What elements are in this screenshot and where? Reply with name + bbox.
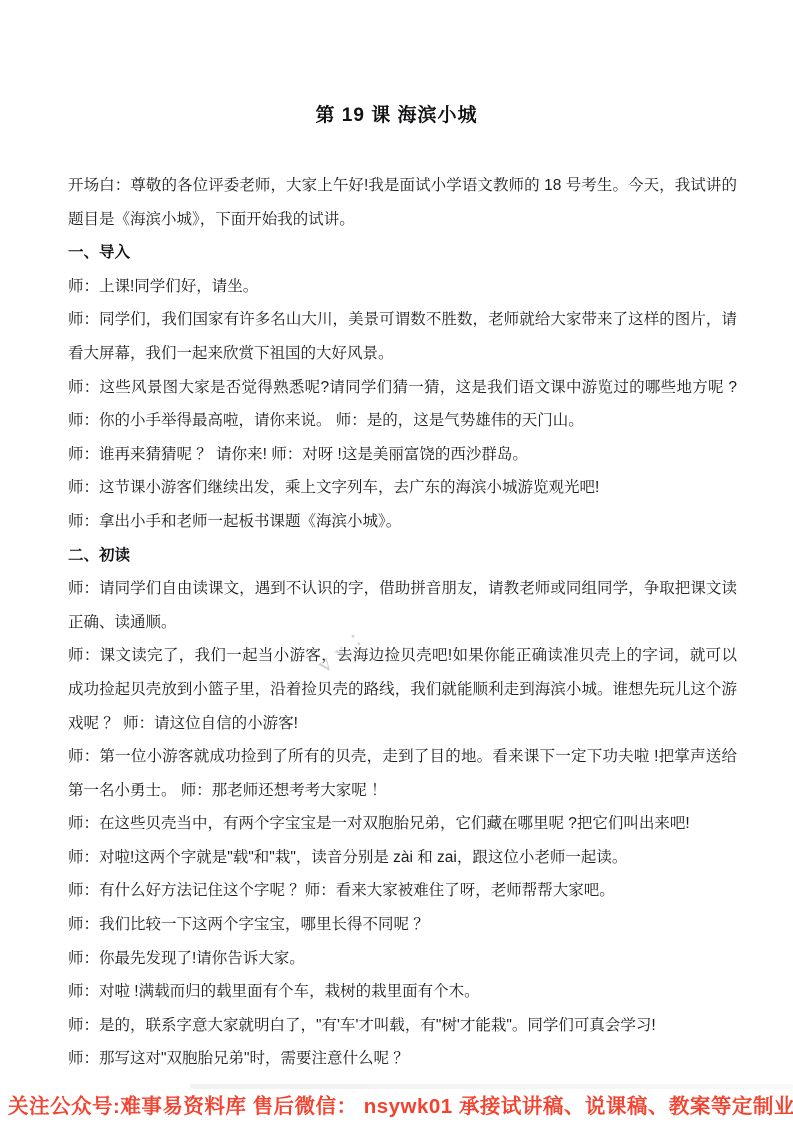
- section-heading: 二、初读: [68, 539, 737, 573]
- paragraph: 师：这些风景图大家是否觉得熟悉呢?请同学们猜一猜，这是我们语文课中游览过的哪些地…: [68, 371, 737, 438]
- document-page: 第 19 课 海滨小城 开场白：尊敬的各位评委老师，大家上午好!我是面试小学语文…: [0, 0, 793, 1122]
- paragraph: 师：上课!同学们好，请坐。: [68, 270, 737, 304]
- page-title: 第 19 课 海滨小城: [0, 0, 793, 127]
- section-heading: 一、导入: [68, 236, 737, 270]
- paragraph: 师：那写这对"双胞胎兄弟"时，需要注意什么呢 ？: [68, 1042, 737, 1076]
- paragraph: 师：同学们，我们国家有许多名山大川，美景可谓数不胜数，老师就给大家带来了这样的图…: [68, 303, 737, 370]
- paragraph: 师：这节课小游客们继续出发，乘上文字列车，去广东的海滨小城游览观光吧!: [68, 471, 737, 505]
- paragraph: 师：你最先发现了!请你告诉大家。: [68, 942, 737, 976]
- document-body: 开场白：尊敬的各位评委老师，大家上午好!我是面试小学语文教师的 18 号考生。今…: [0, 169, 793, 1076]
- paragraph: 师：在这些贝壳当中，有两个字宝宝是一对双胞胎兄弟，它们藏在哪里呢 ?把它们叫出来…: [68, 807, 737, 841]
- paragraph: 师：对啦 !满载而归的载里面有个车，栽树的栽里面有个木。: [68, 975, 737, 1009]
- paragraph: 师：对啦!这两个字就是"载"和"栽"，读音分别是 zài 和 zai，跟这位小老…: [68, 841, 737, 875]
- paragraph: 师：我们比较一下这两个字宝宝，哪里长得不同呢 ？: [68, 908, 737, 942]
- paragraph: 师：第一位小游客就成功捡到了所有的贝壳，走到了目的地。看来课下一定下功夫啦 !把…: [68, 740, 737, 807]
- paragraph: 师：课文读完了，我们一起当小游客，去海边捡贝壳吧!如果你能正确读准贝壳上的字词，…: [68, 639, 737, 740]
- paragraph: 师：请同学们自由读课文，遇到不认识的字，借助拼音朋友，请教老师或同组同学，争取把…: [68, 572, 737, 639]
- promo-footer: 关注公众号:难事易资料库 售后微信： nsywk01 承接试讲稿、说课稿、教案等…: [8, 1089, 793, 1119]
- paragraph: 开场白：尊敬的各位评委老师，大家上午好!我是面试小学语文教师的 18 号考生。今…: [68, 169, 737, 236]
- paragraph: 师：拿出小手和老师一起板书课题《海滨小城》。: [68, 505, 737, 539]
- paragraph: 师：是的，联系字意大家就明白了，"有'车'才叫载，有"树'才能栽"。同学们可真会…: [68, 1009, 737, 1043]
- paragraph: 师：有什么好方法记住这个字呢 ？师：看来大家被难住了呀，老师帮帮大家吧。: [68, 874, 737, 908]
- paragraph: 师：谁再来猜猜呢 ？ 请你来! 师：对呀 !这是美丽富饶的西沙群岛。: [68, 438, 737, 472]
